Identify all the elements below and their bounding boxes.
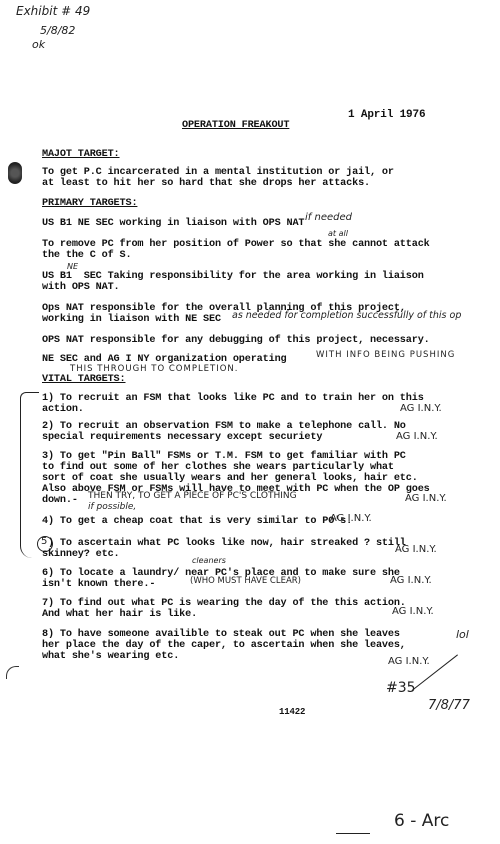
primary-target-2-line-2: the the C of S. — [42, 250, 131, 262]
vital-target-5-line-2: skinney? etc. — [42, 549, 120, 561]
primary-target-3-line-1: US B1 SEC Taking responsibility for the … — [42, 271, 424, 283]
vital-target-6-line-2: isn't known there.- — [42, 579, 155, 591]
primary-target-3-line-2: with OPS NAT. — [42, 282, 120, 294]
vital-target-3-line-1: 3) To get "Pin Ball" FSMs or T.M. FSM to… — [42, 451, 406, 463]
primary-target-1: US B1 NE SEC working in liaison with OPS… — [42, 218, 304, 230]
primary-target-6-note: WITH INFO BEING PUSHING — [316, 350, 455, 360]
document-date: 1 April 1976 — [348, 110, 425, 122]
signed-date-annotation: 7/8/77 — [428, 698, 470, 713]
vital-target-8-line-1: 8) To have someone availible to steak ou… — [42, 629, 400, 641]
primary-target-4-note: as needed for completion successfully of… — [232, 310, 461, 321]
vital-target-2-line-2: special requirements necessary except se… — [42, 432, 322, 444]
vital-target-7-line-1: 7) To find out what PC is wearing the da… — [42, 598, 406, 610]
document-title: OPERATION FREAKOUT — [182, 120, 289, 132]
vital-target-1-note: AG I.N.Y. — [400, 403, 442, 414]
vital-target-1-line-2: action. — [42, 404, 84, 416]
exhibit-initials-annotation: ok — [32, 38, 45, 51]
primary-target-2-line-1: To remove PC from her position of Power … — [42, 239, 430, 251]
vital-target-5-note: AG I.N.Y. — [395, 544, 437, 555]
major-target-line-1: To get P.C incarcerated in a mental inst… — [42, 167, 394, 179]
vital-target-3-note-3: AG I.N.Y. — [405, 493, 447, 504]
footer-annotation: 6 - Arc — [394, 811, 449, 831]
primary-target-5: OPS NAT responsible for any debugging of… — [42, 335, 430, 347]
initials-right-annotation: lol — [456, 628, 469, 641]
ink-stamp — [8, 162, 22, 184]
primary-targets-heading: PRIMARY TARGETS: — [42, 198, 137, 210]
vital-target-5-line-1: ) To ascertain what PC looks like now, h… — [42, 538, 406, 550]
item-35-annotation: #35 — [386, 680, 416, 696]
exhibit-date-annotation: 5/8/82 — [40, 24, 75, 37]
vital-target-3-note: THEN TRY, TO GET A PIECE OF PC'S CLOTHIN… — [88, 491, 297, 501]
vital-targets-heading: VITAL TARGETS: — [42, 374, 126, 386]
vital-target-2-line-1: 2) To recruit an observation FSM to make… — [42, 421, 406, 433]
vital-target-7-line-2: And what her hair is like. — [42, 609, 197, 621]
margin-bracket — [20, 392, 39, 558]
vital-target-3-line-3: sort of coat she usually wears and her g… — [42, 473, 418, 485]
margin-curl-mark — [6, 666, 19, 679]
vital-target-7-note: AG I.N.Y. — [392, 606, 434, 617]
primary-target-6-note-2: THIS THROUGH TO COMPLETION. — [70, 364, 239, 374]
primary-target-1-note: if needed — [305, 212, 352, 223]
major-target-line-2: at least to hit her so hard that she dro… — [42, 178, 370, 190]
primary-target-2-note: at all — [328, 229, 348, 238]
vital-target-6-note-2: (WHO MUST HAVE CLEAR) — [190, 576, 301, 586]
vital-target-4: 4) To get a cheap coat that is very simi… — [42, 516, 352, 528]
footer-rule — [336, 833, 370, 834]
primary-target-4-line-2: working in liaison with NE SEC — [42, 314, 221, 326]
vital-target-1-line-1: 1) To recruit an FSM that looks like PC … — [42, 393, 424, 405]
vital-target-8-line-3: what she's wearing etc. — [42, 651, 179, 663]
vital-target-3-line-2: to find out some of her clothes she wear… — [42, 462, 394, 474]
vital-target-8-note: AG I.N.Y. — [388, 656, 430, 667]
vital-target-3-line-5: down.- — [42, 495, 78, 507]
vital-target-3-note-2: if possible, — [88, 502, 136, 512]
vital-target-2-note: AG I.N.Y. — [396, 431, 438, 442]
vital-target-6-note-3: AG I.N.Y. — [390, 575, 432, 586]
document-page: Exhibit # 49 5/8/82 ok 1 April 1976 OPER… — [0, 0, 500, 844]
vital-target-6-note: cleaners — [192, 556, 226, 565]
document-number: 11422 — [279, 707, 305, 719]
exhibit-annotation: Exhibit # 49 — [16, 4, 90, 18]
vital-target-8-line-2: her place the day of the caper, to ascer… — [42, 640, 406, 652]
primary-target-3-note: NE — [67, 262, 78, 271]
vital-target-4-note: AG I.N.Y. — [330, 513, 372, 524]
major-target-heading: MAJOT TARGET: — [42, 149, 120, 161]
